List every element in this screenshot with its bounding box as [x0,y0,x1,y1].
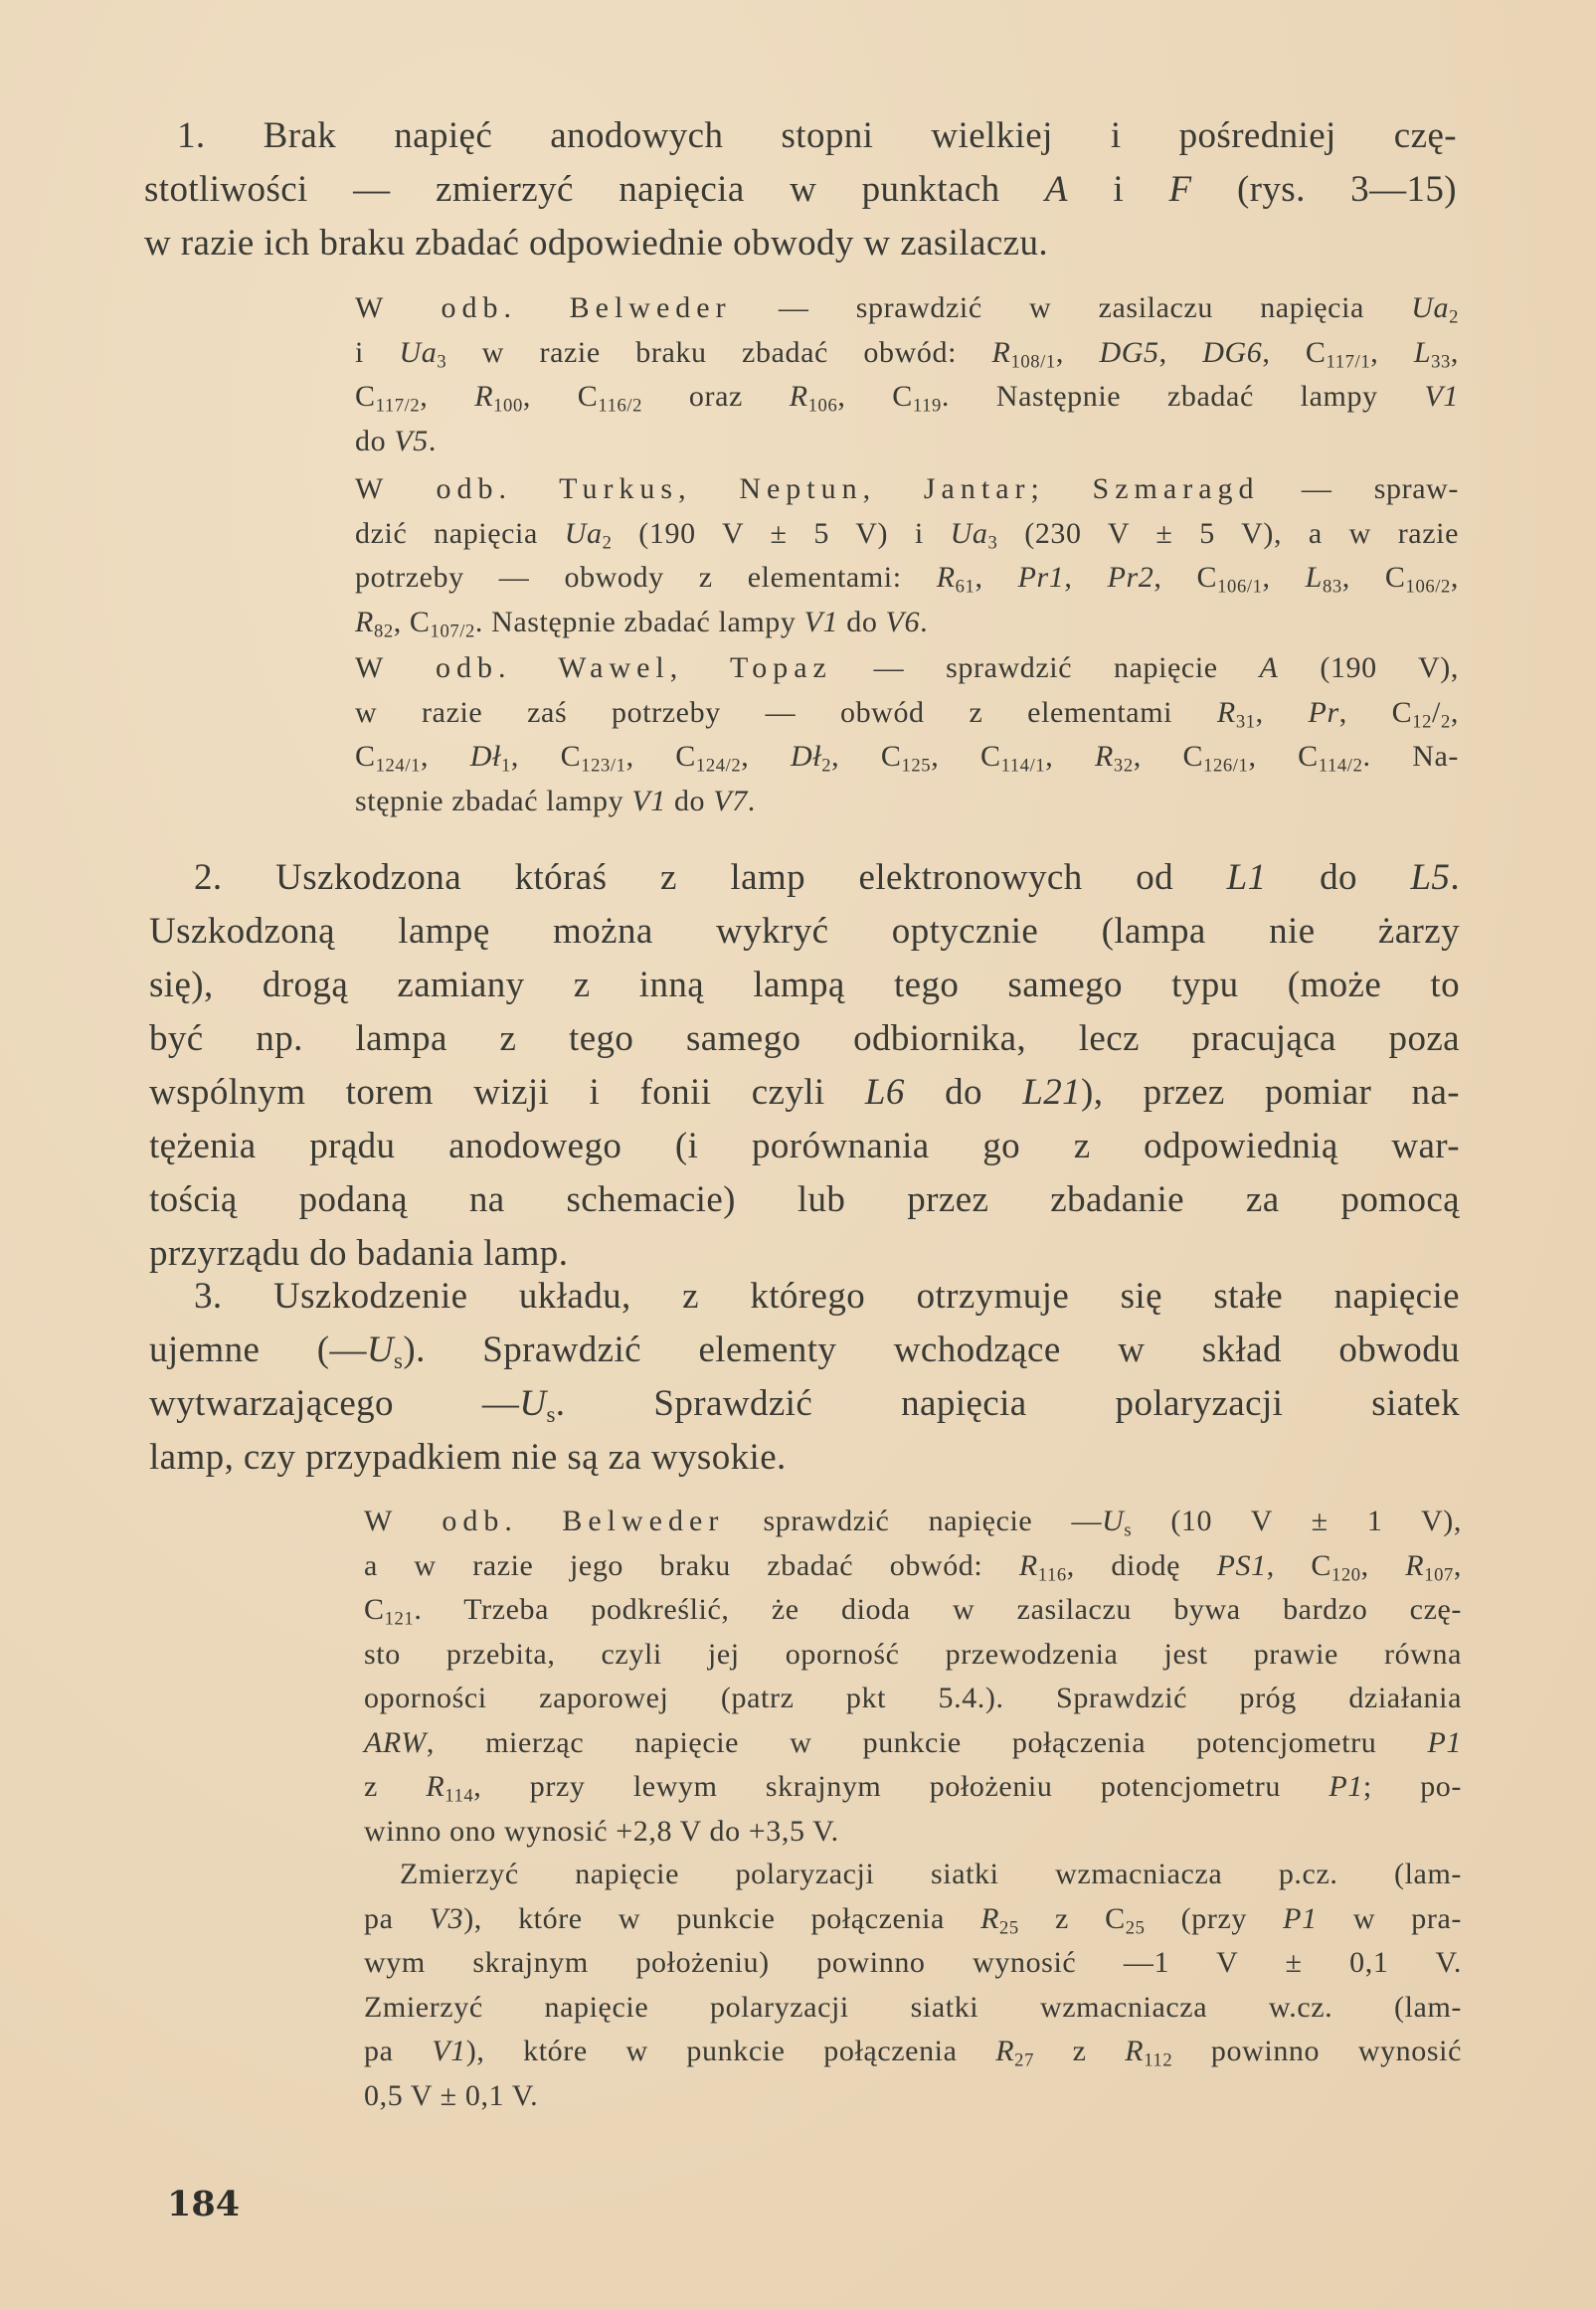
text-line: 2. Uszkodzona któraś z lamp elektronowyc… [149,851,1460,905]
text-line: W odb. Turkus, Neptun, Jantar; Szmaragd … [355,467,1459,512]
note-belweder-2: W odb. Belweder sprawdzić napięcie —Us (… [364,1500,1462,1854]
text-line: 3. Uszkodzenie układu, z którego otrzymu… [149,1270,1460,1324]
text-line: do V5. [355,420,1459,464]
text-line: lamp, czy przypadkiem nie są za wysokie. [149,1431,1460,1485]
page-number: 184 [167,2184,240,2224]
note-polaryzacja: Zmierzyć napięcie polaryzacji siatki wzm… [364,1853,1462,2118]
text-line: C121. Trzeba podkreślić, że dioda w zasi… [364,1588,1462,1633]
text-line: wym skrajnym położeniu) powinno wynosić … [364,1941,1462,1986]
text-line: tężenia prądu anodowego (i porównania go… [149,1120,1460,1173]
text-line: W odb. Belweder sprawdzić napięcie —Us (… [364,1500,1462,1544]
text-line: ujemne (—Us). Sprawdzić elementy wchodzą… [149,1324,1460,1377]
note-belweder-1: W odb. Belweder — sprawdzić w zasilaczu … [355,286,1459,463]
text-line: W odb. Wawel, Topaz — sprawdzić napięcie… [355,646,1459,691]
text-line: Zmierzyć napięcie polaryzacji siatki wzm… [364,1986,1462,2031]
item-3-paragraph: 3. Uszkodzenie układu, z którego otrzymu… [149,1270,1460,1485]
text-line: pa V1), które w punkcie połączenia R27 z… [364,2030,1462,2074]
text-line: Zmierzyć napięcie polaryzacji siatki wzm… [364,1853,1462,1897]
text-line: stotliwości — zmierzyć napięcia w punkta… [144,163,1457,217]
text-line: potrzeby — obwody z elementami: R61, Pr1… [355,556,1459,601]
item-1-paragraph: 1. Brak napięć anodowych stopni wielkiej… [144,109,1457,270]
text-line: W odb. Belweder — sprawdzić w zasilaczu … [355,286,1459,331]
text-line: z R114, przy lewym skrajnym położeniu po… [364,1765,1462,1810]
text-line: stępnie zbadać lampy V1 do V7. [355,780,1459,824]
text-line: sto przebita, czyli jej oporność przewod… [364,1633,1462,1678]
text-line: w razie ich braku zbadać odpowiednie obw… [144,217,1457,270]
text-line: R82, C107/2. Następnie zbadać lampy V1 d… [355,601,1459,645]
text-line: dzić napięcia Ua2 (190 V ± 5 V) i Ua3 (2… [355,512,1459,557]
text-line: pa V3), które w punkcie połączenia R25 z… [364,1897,1462,1942]
text-line: być np. lampa z tego samego odbiornika, … [149,1012,1460,1066]
text-line: a w razie jego braku zbadać obwód: R116,… [364,1544,1462,1589]
text-line: i Ua3 w razie braku zbadać obwód: R108/1… [355,331,1459,376]
text-line: 0,5 V ± 0,1 V. [364,2074,1462,2119]
text-line: wytwarzającego —Us. Sprawdzić napięcia p… [149,1377,1460,1431]
note-wawel: W odb. Wawel, Topaz — sprawdzić napięcie… [355,646,1459,823]
text-line: w razie zaś potrzeby — obwód z elementam… [355,691,1459,736]
text-line: ARW, mierząc napięcie w punkcie połączen… [364,1721,1462,1766]
text-line: 1. Brak napięć anodowych stopni wielkiej… [144,109,1457,163]
text-line: winno ono wynosić +2,8 V do +3,5 V. [364,1810,1462,1855]
text-line: się), drogą zamiany z inną lampą tego sa… [149,959,1460,1012]
text-line: C124/1, Dł1, C123/1, C124/2, Dł2, C125, … [355,735,1459,780]
text-line: C117/2, R100, C116/2 oraz R106, C119. Na… [355,375,1459,420]
text-line: oporności zaporowej (patrz pkt 5.4.). Sp… [364,1677,1462,1721]
item-2-paragraph: 2. Uszkodzona któraś z lamp elektronowyc… [149,851,1460,1281]
text-line: tością podaną na schemacie) lub przez zb… [149,1173,1460,1227]
book-page: 1. Brak napięć anodowych stopni wielkiej… [0,0,1596,2310]
text-line: wspólnym torem wizji i fonii czyli L6 do… [149,1066,1460,1120]
note-turkus: W odb. Turkus, Neptun, Jantar; Szmaragd … [355,467,1459,644]
text-line: Uszkodzoną lampę można wykryć optycznie … [149,905,1460,959]
